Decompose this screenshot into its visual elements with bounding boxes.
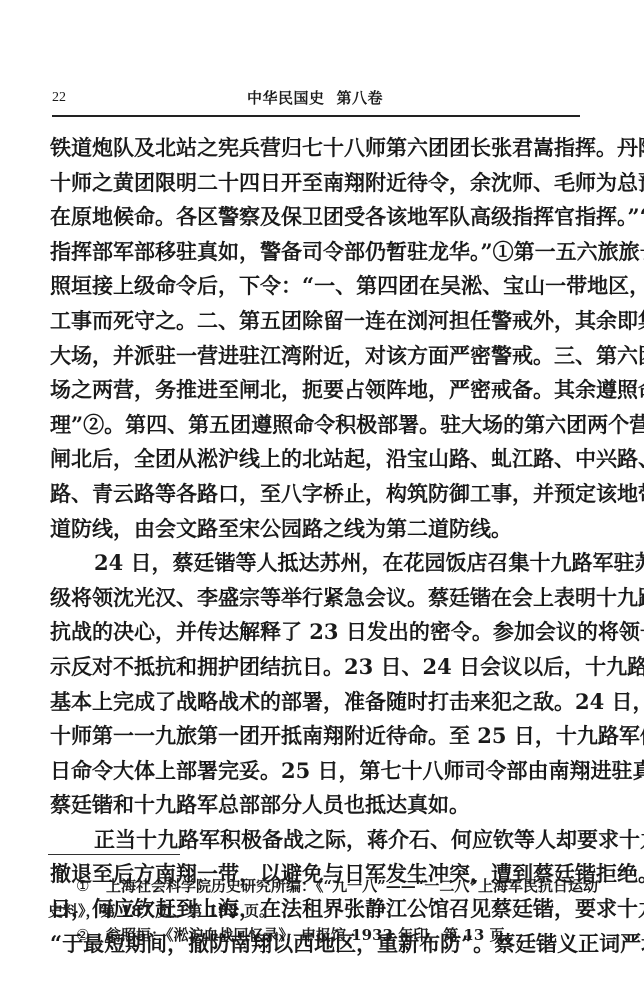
- text-line: 十师之黄团限明二十四日开至南翔附近待令，余沈师、毛师为总预备队: [50, 166, 580, 201]
- text-line: 铁道炮队及北站之宪兵营归七十八师第六团团长张君嵩指挥。丹阳六: [50, 131, 580, 166]
- volume-label: 第八卷: [337, 89, 384, 107]
- text-line: 基本上完成了战略战术的部署，准备随时打击来犯之敌。24 日，第六: [50, 685, 580, 720]
- page-header: 22 中华民国史第八卷: [52, 86, 578, 110]
- text-line: 在原地候命。各区警察及保卫团受各该地军队高级指挥官指挥。”“总: [50, 200, 580, 235]
- text-line: 场之两营，务推进至闸北，扼要占领阵地，严密戒备。其余遵照命令办: [50, 373, 580, 408]
- text-line: 正当十九路军积极备战之际，蒋介石、何应钦等人却要求十九路军: [50, 823, 580, 858]
- text-line: 理”②。第四、第五团遵照命令积极部署。驻大场的第六团两个营抵达: [50, 408, 580, 443]
- text-line: 24 日，蔡廷锴等人抵达苏州，在花园饭店召集十九路军驻苏州高: [50, 546, 580, 581]
- text-line: 大场，并派驻一营进驻江湾附近，对该方面严密警戒。三、第六团在大: [50, 339, 580, 374]
- running-title: 中华民国史第八卷: [52, 86, 578, 110]
- footnote-text: 史料》，第 187 页、第 192 页。: [48, 902, 274, 920]
- footnote-text: 上海社会科学院历史研究所编：《“九一八”——“一二八”上海军民抗日运动: [106, 877, 598, 895]
- footnote-marker: ②: [76, 923, 106, 948]
- text-line: 十师第一一九旅第一团开抵南翔附近待命。至 25 日，十九路军依 23: [50, 719, 580, 754]
- body-text: 铁道炮队及北站之宪兵营归七十八师第六团团长张君嵩指挥。丹阳六十师之黄团限明二十四…: [50, 131, 580, 961]
- text-line: 工事而死守之。二、第五团除留一连在浏河担任警戒外，其余即集结于: [50, 304, 580, 339]
- text-line: 日命令大体上部署完妥。25 日，第七十八师司令部由南翔进驻真如。: [50, 754, 580, 789]
- text-line: 照垣接上级命令后，下令：“一、第四团在吴淞、宝山一带地区，构筑强固: [50, 269, 580, 304]
- footnote-text: 翁照垣：《淞沪血战回忆录》，申报馆 1933 年印，第 13 页。: [106, 926, 520, 944]
- footnotes: ①上海社会科学院历史研究所编：《“九一八”——“一二八”上海军民抗日运动史料》，…: [48, 874, 580, 948]
- footnote-rule: [48, 854, 180, 855]
- text-line: 闸北后，全团从淞沪线上的北站起，沿宝山路、虬江路、中兴路、天通庵: [50, 442, 580, 477]
- text-line: 指挥部军部移驻真如，警备司令部仍暂驻龙华。”①第一五六旅旅长翁: [50, 235, 580, 270]
- text-line: 路、青云路等各路口，至八字桥止，构筑防御工事，并预定该地带为第一: [50, 477, 580, 512]
- header-rule: [52, 115, 580, 117]
- text-line: 级将领沈光汉、李盛宗等举行紧急会议。蔡廷锴在会上表明十九路军: [50, 581, 580, 616]
- book-title: 中华民国史: [247, 89, 325, 107]
- text-line: 示反对不抵抗和拥护团结抗日。23 日、24 日会议以后，十九路军各部: [50, 650, 580, 685]
- text-line: 抗战的决心，并传达解释了 23 日发出的密令。参加会议的将领一致表: [50, 615, 580, 650]
- text-line: 蔡廷锴和十九路军总部部分人员也抵达真如。: [50, 788, 580, 823]
- footnote-line: 史料》，第 187 页、第 192 页。: [48, 899, 580, 924]
- footnote-marker: ①: [76, 874, 106, 899]
- footnote-line: ②翁照垣：《淞沪血战回忆录》，申报馆 1933 年印，第 13 页。: [48, 923, 580, 948]
- text-line: 道防线，由会文路至宋公园路之线为第二道防线。: [50, 512, 580, 547]
- footnote-line: ①上海社会科学院历史研究所编：《“九一八”——“一二八”上海军民抗日运动: [48, 874, 580, 899]
